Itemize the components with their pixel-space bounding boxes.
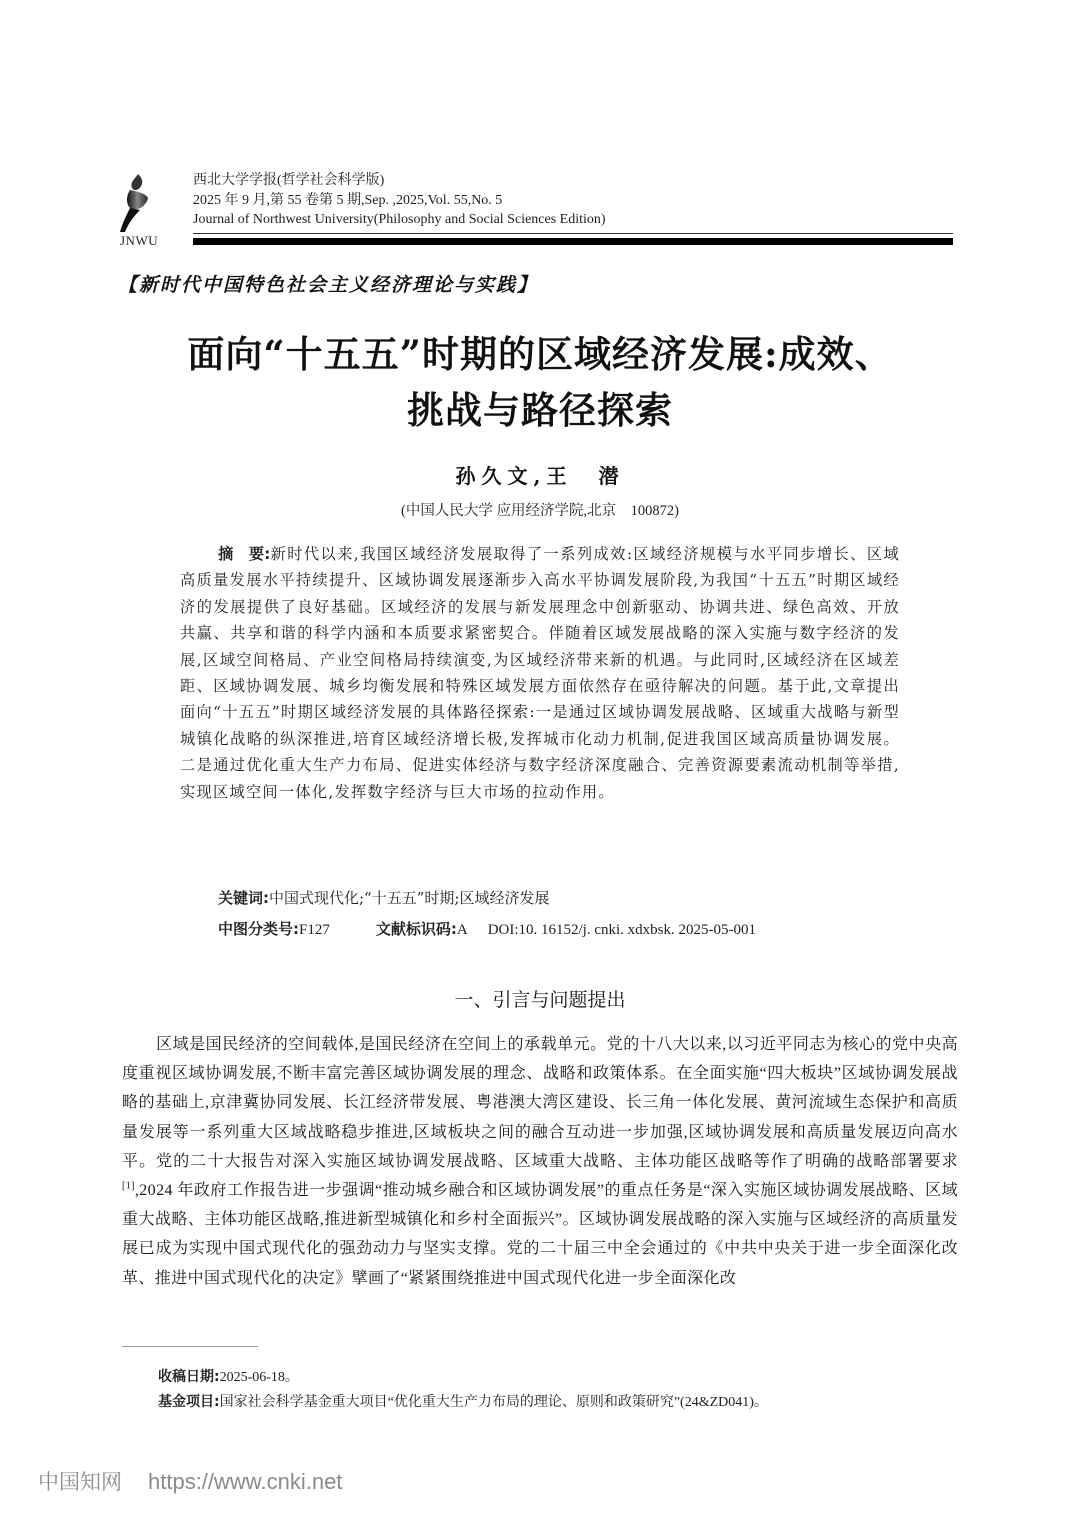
abstract-text: 新时代以来,我国区域经济发展取得了一系列成效:区域经济规模与水平同步增长、区域高…: [180, 545, 900, 801]
section-heading: 一、引言与问题提出: [0, 985, 1080, 1012]
journal-info: 西北大学学报(哲学社会科学版) 2025 年 9 月,第 55 卷第 5 期,S…: [193, 171, 606, 230]
paragraph-part2: ,2024 年政府工作报告进一步强调“推动城乡融合和区域协调发展”的重点任务是“…: [122, 1182, 958, 1287]
paragraph-part1: 区域是国民经济的空间载体,是国民经济在空间上的承载单元。党的十八大以来,以习近平…: [122, 1036, 958, 1170]
fund-value: 国家社会科学基金重大项目“优化重大生产力布局的理论、原则和政策研究”(24&ZD…: [220, 1395, 768, 1410]
keywords-text: 中国式现代化;“十五五”时期;区域经济发展: [269, 889, 549, 907]
affiliation: (中国人民大学 应用经济学院,北京 100872): [0, 499, 1080, 520]
doi-value[interactable]: 10. 16152/j. cnki. xdxbsk. 2025-05-001: [519, 922, 757, 938]
torch-quill-icon: [116, 172, 176, 234]
watermark-url[interactable]: https://www.cnki.net: [148, 1469, 342, 1494]
fund-label: 基金项目:: [158, 1394, 220, 1410]
cnki-watermark: 中国知网https://www.cnki.net: [38, 1466, 342, 1496]
watermark-brand: 中国知网: [38, 1470, 122, 1494]
received-label: 收稿日期:: [158, 1369, 220, 1385]
doc-code-value: A: [457, 922, 468, 938]
citation-ref[interactable]: [1]: [122, 1181, 135, 1192]
fund-project: 基金项目:国家社会科学基金重大项目“优化重大生产力布局的理论、原则和政策研究”(…: [158, 1390, 768, 1415]
logo-text: JNWU: [120, 233, 158, 249]
keywords: 关键词:中国式现代化;“十五五”时期;区域经济发展: [218, 887, 549, 908]
header-rule-thin: [193, 233, 953, 234]
received-date: 收稿日期:2025-06-18。: [158, 1365, 768, 1390]
authors: 孙久文,王 潜: [0, 460, 1080, 489]
article-title-line1: 面向“十五五”时期的区域经济发展:成效、: [0, 324, 1080, 378]
classification-info: 中图分类号:F127文献标识码:ADOI:10. 16152/j. cnki. …: [218, 918, 756, 939]
abstract-label: 摘 要:: [218, 545, 270, 563]
body-paragraph: 区域是国民经济的空间载体,是国民经济在空间上的承载单元。党的十八大以来,以习近平…: [122, 1030, 958, 1293]
journal-logo: JNWU: [116, 172, 186, 250]
article-title-line2: 挑战与路径探索: [0, 380, 1080, 434]
keywords-label: 关键词:: [218, 889, 269, 907]
journal-name-en: Journal of Northwest University(Philosop…: [193, 210, 606, 230]
doi-label: DOI:: [488, 922, 519, 938]
clc-label: 中图分类号:: [218, 920, 299, 938]
received-value: 2025-06-18。: [220, 1370, 299, 1385]
footnotes: 收稿日期:2025-06-18。 基金项目:国家社会科学基金重大项目“优化重大生…: [158, 1365, 768, 1415]
column-tag: 【新时代中国特色社会主义经济理论与实践】: [118, 270, 538, 297]
journal-name-cn: 西北大学学报(哲学社会科学版): [193, 171, 606, 191]
header-rule-thick: [193, 238, 953, 245]
doc-code-label: 文献标识码:: [376, 920, 457, 938]
clc-value: F127: [299, 922, 330, 938]
abstract: 摘 要:新时代以来,我国区域经济发展取得了一系列成效:区域经济规模与水平同步增长…: [180, 541, 900, 805]
footnote-rule: [122, 1346, 258, 1347]
issue-line: 2025 年 9 月,第 55 卷第 5 期,Sep. ,2025,Vol. 5…: [193, 191, 606, 211]
